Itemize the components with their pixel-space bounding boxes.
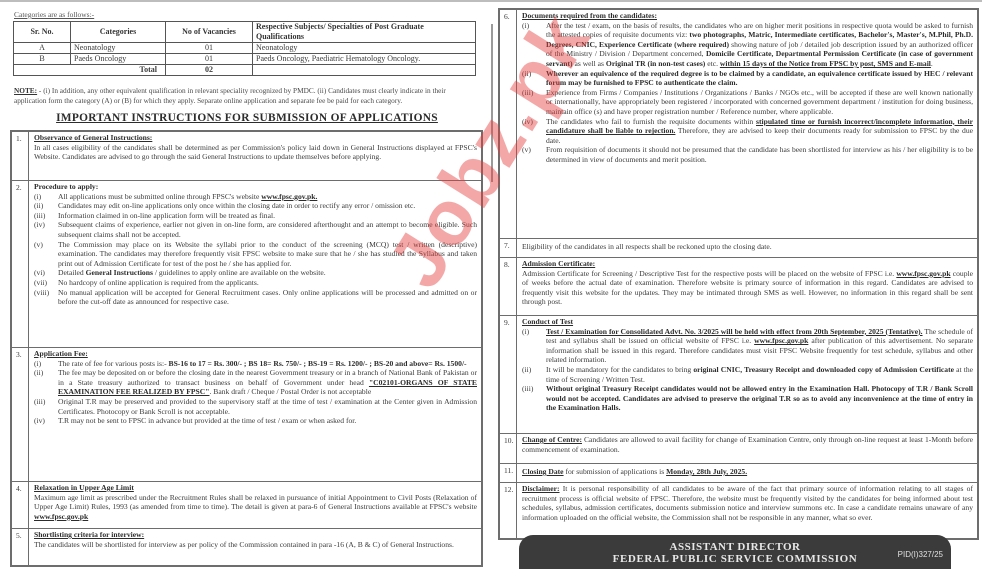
section-heading: Disclaimer:: [522, 484, 560, 493]
categories-caption: Categories are as follows:-: [14, 10, 94, 19]
footer-organization: FEDERAL PUBLIC SERVICE COMMISSION: [519, 553, 951, 565]
section-number: 2.: [12, 181, 29, 347]
list-item: (vii)No hardcopy of online application i…: [34, 278, 477, 288]
list-item: (ii)Candidates may edit on-line applicat…: [34, 201, 477, 211]
list-item: (vi)Detailed General Instructions / guid…: [34, 268, 477, 278]
section-11: 11. Closing Date for submission of appli…: [500, 463, 977, 482]
section-12: 12. Disclaimer: It is personal responsib…: [500, 482, 977, 538]
header-categories: Categories: [71, 22, 166, 43]
list-item: (viii)No manual application will be acce…: [34, 288, 477, 307]
section-number: 11.: [500, 464, 517, 482]
table-row: A Neonatology 01 Neonatology: [14, 43, 476, 54]
section-8: 8. Admission Certificate: Admission Cert…: [500, 257, 977, 315]
section-text: Eligibility of the candidates in all res…: [517, 239, 977, 257]
section-text: The candidates will be shortlisted for i…: [34, 540, 477, 550]
list-item: (iii)Original T.R may be preserved and p…: [34, 397, 477, 416]
cell-category: Neonatology: [71, 43, 166, 54]
main-title: IMPORTANT INSTRUCTIONS FOR SUBMISSION OF…: [14, 112, 480, 124]
section-3: 3. Application Fee: (i)The rate of fee f…: [12, 347, 481, 481]
cell-subjects: Neonatology: [253, 43, 476, 54]
instructions-left-box: 1. Observance of General Instructions: I…: [10, 130, 483, 567]
section-9: 9. Conduct of Test (i)Test / Examination…: [500, 315, 977, 433]
section-text: In all cases eligibility of the candidat…: [34, 143, 477, 162]
section-4: 4. Relaxation in Upper Age Limit Maximum…: [12, 481, 481, 528]
section-heading: Documents required from the candidates:: [522, 11, 973, 21]
section-number: 8.: [500, 258, 517, 315]
list-item: (ii)It will be mandatory for the candida…: [522, 365, 973, 384]
section-heading: Conduct of Test: [522, 317, 973, 327]
list-item: (v)From requisition of documents it shou…: [522, 145, 973, 164]
fpsc-website-link[interactable]: www.fpsc.gov.pk.: [261, 192, 317, 201]
total-value: 02: [166, 65, 253, 76]
table-total-row: Total 02: [14, 65, 476, 76]
section-number: 4.: [12, 482, 29, 528]
section-number: 1.: [12, 132, 29, 180]
pid-number: PID(I)327/25: [898, 550, 943, 559]
cell-vacancies: 01: [166, 54, 253, 65]
list-item: (iii)Experience from Firms / Companies /…: [522, 88, 973, 117]
fpsc-website-link[interactable]: www.fpsc.gov.pk: [896, 269, 950, 278]
section-heading: Change of Centre:: [522, 435, 582, 444]
section-heading: Relaxation in Upper Age Limit: [34, 483, 477, 493]
section-10: 10. Change of Centre: Candidates are all…: [500, 433, 977, 463]
categories-table: Sr. No. Categories No of Vacancies Respe…: [13, 21, 476, 76]
section-number: 5.: [12, 529, 29, 565]
section-heading: Procedure to apply:: [34, 182, 477, 192]
list-item: (iv)T.R may not be sent to FPSC in advan…: [34, 416, 477, 426]
cell-subjects: Paeds Oncology, Paediatric Hematology On…: [253, 54, 476, 65]
section-number: 7.: [500, 239, 517, 257]
table-row: B Paeds Oncology 01 Paeds Oncology, Paed…: [14, 54, 476, 65]
fpsc-website-link[interactable]: www.fpsc.gov.pk: [34, 512, 88, 521]
cell-vacancies: 01: [166, 43, 253, 54]
footer-designation: ASSISTANT DIRECTOR: [519, 541, 951, 553]
cell-sr: A: [14, 43, 71, 54]
header-sr-no: Sr. No.: [14, 22, 71, 43]
note-text: - (i) In addition, any other equivalent …: [14, 86, 446, 105]
section-heading: Shortlisting criteria for interview:: [34, 530, 477, 540]
list-item: (iv)Subsequent claims of experience, ear…: [34, 220, 477, 239]
list-item: (i)All applications must be submitted on…: [34, 192, 477, 202]
list-item: (i)The rate of fee for various posts is:…: [34, 359, 477, 369]
list-item: (iii)Without original Treasury Receipt c…: [522, 384, 973, 413]
total-label: Total: [14, 65, 166, 76]
section-1: 1. Observance of General Instructions: I…: [12, 132, 481, 180]
list-item: (ii)Wherever an equivalence of the requi…: [522, 69, 973, 88]
header-vacancies: No of Vacancies: [166, 22, 253, 43]
list-item: (iii)Information claimed in on-line appl…: [34, 211, 477, 221]
section-5: 5. Shortlisting criteria for interview: …: [12, 528, 481, 565]
note: NOTE: - (i) In addition, any other equiv…: [14, 86, 480, 105]
note-label: NOTE:: [14, 86, 37, 95]
section-heading: Admission Certificate:: [522, 259, 973, 269]
section-heading: Application Fee:: [34, 349, 477, 359]
section-heading: Observance of General Instructions:: [34, 133, 477, 143]
section-number: 6.: [500, 10, 517, 238]
table-header-row: Sr. No. Categories No of Vacancies Respe…: [14, 22, 476, 43]
cell-sr: B: [14, 54, 71, 65]
page-top-rule: [0, 0, 982, 2]
closing-date: Monday, 28th July, 2025.: [666, 467, 747, 476]
section-2: 2. Procedure to apply: (i)All applicatio…: [12, 180, 481, 347]
fpsc-website-link[interactable]: www.fpsc.gov.pk: [754, 336, 808, 345]
column-divider: [491, 24, 493, 182]
section-number: 9.: [500, 316, 517, 433]
section-heading: Closing Date: [522, 467, 564, 476]
section-7: 7. Eligibility of the candidates in all …: [500, 238, 977, 257]
list-item: (v)The Commission may place on its Websi…: [34, 240, 477, 269]
list-item: (iv)The candidates who fail to furnish t…: [522, 117, 973, 146]
section-number: 10.: [500, 434, 517, 463]
section-6: 6. Documents required from the candidate…: [500, 10, 977, 238]
section-number: 12.: [500, 483, 517, 538]
header-subjects: Respective Subjects/ Specialties of Post…: [253, 22, 476, 43]
list-item: (ii)The fee may be deposited on or befor…: [34, 368, 477, 397]
instructions-right-box: 6. Documents required from the candidate…: [498, 8, 979, 540]
list-item: (i)After the test / exam, on the basis o…: [522, 21, 973, 69]
cell-category: Paeds Oncology: [71, 54, 166, 65]
section-number: 3.: [12, 348, 29, 481]
signature-footer: ASSISTANT DIRECTOR FEDERAL PUBLIC SERVIC…: [519, 535, 951, 569]
list-item: (i)Test / Examination for Consolidated A…: [522, 327, 973, 365]
